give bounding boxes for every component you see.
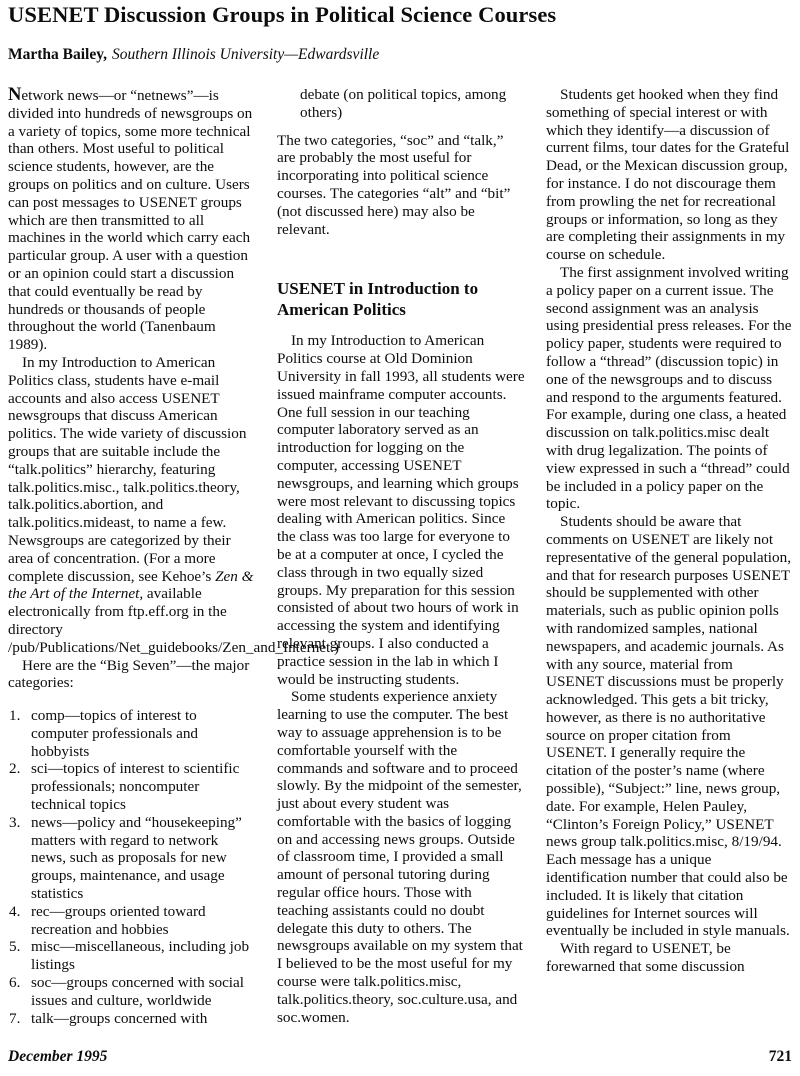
list-item-number: 3. xyxy=(9,814,20,832)
author-name: Martha Bailey, xyxy=(8,46,107,63)
list-item-number: 1. xyxy=(9,707,20,725)
paragraph-assignments: The first assignment involved writing a … xyxy=(546,264,792,513)
list-item-text: soc—groups concerned with social issues … xyxy=(31,974,244,1009)
paragraph-two-categories: The two categories, “soc” and “talk,” ar… xyxy=(277,132,525,239)
paragraph-forewarned: With regard to USENET, be forewarned tha… xyxy=(546,940,792,976)
footer-issue-date: December 1995 xyxy=(8,1048,107,1066)
article-title: USENET Discussion Groups in Political Sc… xyxy=(8,2,792,28)
paragraph-course-setup: In my Introduction to American Politics … xyxy=(277,332,525,688)
column-1: Network news—or “netnews”—is divided int… xyxy=(8,86,256,1038)
list-item: 3.news—policy and “housekeeping” matters… xyxy=(8,814,256,903)
list-item-7-continuation: debate (on political topics, among other… xyxy=(277,86,525,122)
column-3: Students get hooked when they find somet… xyxy=(546,86,792,1038)
list-item: 1.comp—topics of interest to computer pr… xyxy=(8,707,256,760)
list-item: 6.soc—groups concerned with social issue… xyxy=(8,974,256,1010)
paragraph-big-seven-intro: Here are the “Big Seven”—the major categ… xyxy=(8,657,256,693)
list-item-text: talk—groups concerned with xyxy=(31,1010,207,1027)
list-item-text: comp—topics of interest to computer prof… xyxy=(31,707,198,760)
list-item-number: 6. xyxy=(9,974,20,992)
paragraph-intro-text: etwork news—or “netnews”—is divided into… xyxy=(8,87,252,353)
footer-page-number: 721 xyxy=(769,1048,792,1066)
list-item-text: rec—groups oriented toward recreation an… xyxy=(31,903,206,938)
list-item-number: 2. xyxy=(9,760,20,778)
list-item-number: 5. xyxy=(9,938,20,956)
list-item: 2.sci—topics of interest to scientific p… xyxy=(8,760,256,813)
page-footer: December 1995 721 xyxy=(8,1048,792,1066)
list-item-number: 4. xyxy=(9,903,20,921)
list-item-text: sci—topics of interest to scientific pro… xyxy=(31,760,239,813)
byline: Martha Bailey,Southern Illinois Universi… xyxy=(8,46,792,64)
category-list: 1.comp—topics of interest to computer pr… xyxy=(8,707,256,1027)
list-item: 5.misc—miscellaneous, including job list… xyxy=(8,938,256,974)
list-item-text: news—policy and “housekeeping” matters w… xyxy=(31,814,242,902)
list-item: 4.rec—groups oriented toward recreation … xyxy=(8,903,256,939)
paragraph-anxiety: Some students experience anxiety learnin… xyxy=(277,688,525,1026)
drop-cap: N xyxy=(8,86,21,105)
column-2: debate (on political topics, among other… xyxy=(277,86,525,1038)
paragraph-intro: Network news—or “netnews”—is divided int… xyxy=(8,86,256,354)
list-item-text: misc—miscellaneous, including job listin… xyxy=(31,938,249,973)
paragraph-newsgroups: In my Introduction to American Politics … xyxy=(8,354,256,657)
author-affiliation: Southern Illinois University—Edwardsvill… xyxy=(112,46,379,63)
paragraph-newsgroups-a: In my Introduction to American Politics … xyxy=(8,354,246,585)
paragraph-citation: Students should be aware that comments o… xyxy=(546,513,792,940)
list-item: 7.talk—groups concerned with xyxy=(8,1010,256,1028)
article-columns: Network news—or “netnews”—is divided int… xyxy=(8,86,792,1038)
article-page: USENET Discussion Groups in Political Sc… xyxy=(0,0,800,1076)
list-item-number: 7. xyxy=(9,1010,20,1028)
section-heading: USENET in Introduction to American Polit… xyxy=(277,278,525,320)
paragraph-hooked: Students get hooked when they find somet… xyxy=(546,86,792,264)
